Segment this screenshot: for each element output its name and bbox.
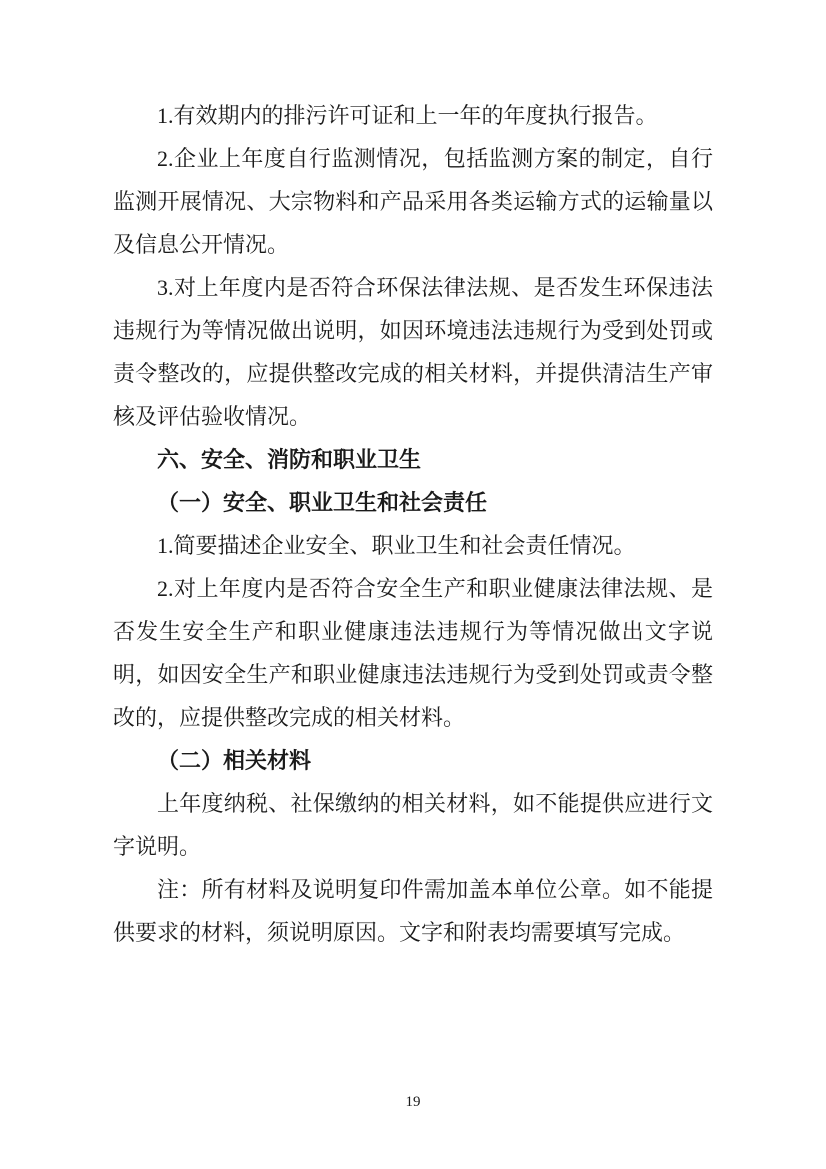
note-paragraph: 注：所有材料及说明复印件需加盖本单位公章。如不能提供要求的材料，须说明原因。文字… <box>113 868 713 954</box>
paragraph: 2.对上年度内是否符合安全生产和职业健康法律法规、是否发生安全生产和职业健康违法… <box>113 567 713 739</box>
section-heading: 六、安全、消防和职业卫生 <box>113 438 713 481</box>
paragraph: 3.对上年度内是否符合环保法律法规、是否发生环保违法违规行为等情况做出说明，如因… <box>113 266 713 438</box>
paragraph: 1.简要描述企业安全、职业卫生和社会责任情况。 <box>113 524 713 567</box>
paragraph: 上年度纳税、社保缴纳的相关材料，如不能提供应进行文字说明。 <box>113 782 713 868</box>
subsection-heading: （二）相关材料 <box>113 739 713 782</box>
page-number: 19 <box>0 1094 826 1111</box>
document-page: 1.有效期内的排污许可证和上一年的年度执行报告。 2.企业上年度自行监测情况，包… <box>0 0 826 1169</box>
subsection-heading: （一）安全、职业卫生和社会责任 <box>113 481 713 524</box>
paragraph: 1.有效期内的排污许可证和上一年的年度执行报告。 <box>113 94 713 137</box>
document-body: 1.有效期内的排污许可证和上一年的年度执行报告。 2.企业上年度自行监测情况，包… <box>113 94 713 954</box>
paragraph: 2.企业上年度自行监测情况，包括监测方案的制定，自行监测开展情况、大宗物料和产品… <box>113 137 713 266</box>
